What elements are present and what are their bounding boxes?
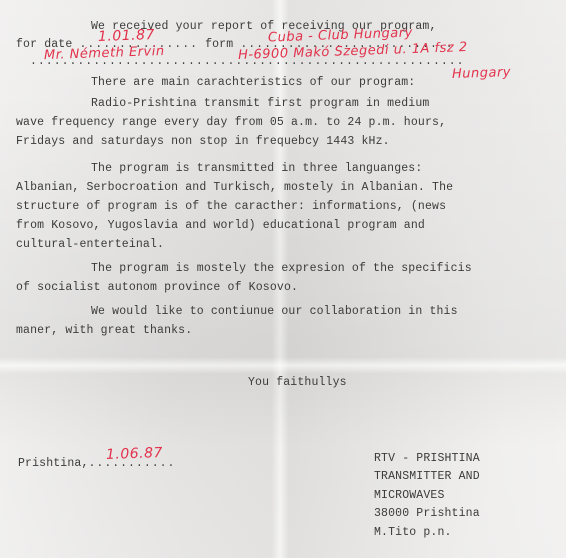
closing: You faithullys xyxy=(248,376,347,390)
para5-line1: We would like to contiunue our collabora… xyxy=(91,305,458,319)
handwritten-report-date: 1.01.87 xyxy=(98,27,155,45)
address-line5: M.Tito p.n. xyxy=(374,526,452,540)
para3-line2: Albanian, Serbocroation and Turkisch, mo… xyxy=(16,181,453,195)
para5-line2: maner, with great thanks. xyxy=(16,324,192,338)
para2-line3: Fridays and saturdays non stop in freque… xyxy=(16,135,390,149)
address-line1: RTV - PRISHTINA xyxy=(374,452,480,466)
para3-line5: cultural-enterteinal. xyxy=(16,238,164,252)
address-line4: 38000 Prishtina xyxy=(374,507,480,521)
para2-line1: Radio-Prishtina transmit first program i… xyxy=(91,97,429,111)
para1: There are main carachteristics of our pr… xyxy=(91,76,415,90)
para4-line1: The program is mostely the expresion of … xyxy=(91,262,472,276)
from-label: form xyxy=(205,38,233,51)
para3-line1: The program is transmitted in three lang… xyxy=(91,162,422,176)
address-line3: MICROWAVES xyxy=(374,489,445,503)
para3-line3: structure of program is of the caracther… xyxy=(16,200,446,214)
address-line2: TRANSMITTER AND xyxy=(374,470,480,484)
handwritten-sign-date: 1.06.87 xyxy=(106,445,163,463)
handwritten-country: Hungary xyxy=(452,65,512,82)
place-label: Prishtina, xyxy=(18,457,89,470)
para4-line2: of socialist autonom province of Kosovo. xyxy=(16,281,298,295)
para2-line2: wave frequency range every day from 05 a… xyxy=(16,116,446,130)
para3-line4: from Kosovo, Yugoslavia and world) educa… xyxy=(16,219,425,233)
